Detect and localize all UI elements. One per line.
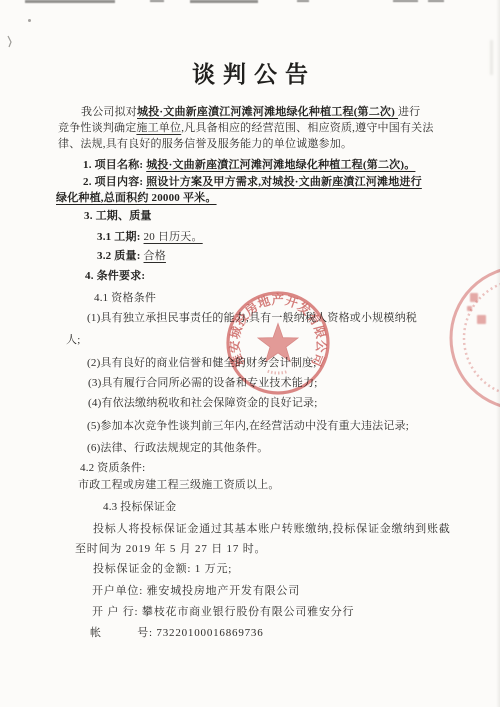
condition-line-1b: 人; bbox=[66, 333, 80, 347]
project-name-text: 城投·文曲新座濆江河滩河滩地绿化种植工程(第二次) bbox=[137, 106, 398, 118]
intro-lead-text: 我公司拟对 bbox=[81, 106, 137, 118]
quality-label: 3.2 质量: bbox=[97, 250, 141, 262]
project-name-value: 城投·文曲新座濆江河滩河滩地绿化种植工程(第二次)。 bbox=[146, 159, 415, 171]
quality-value: 合格 bbox=[144, 250, 166, 262]
scanned-document-page: 谈判公告 我公司拟对城投·文曲新座濆江河滩河滩地绿化种植工程(第二次) 进行 竞… bbox=[0, 0, 500, 707]
scan-smudge bbox=[25, 0, 115, 3]
seal-serial-marks bbox=[268, 371, 289, 373]
account-holder-row: 开户单位: 雅安城投房地产开发有限公司 bbox=[92, 584, 300, 598]
account-holder-value: 雅安城投房地产开发有限公司 bbox=[147, 585, 300, 597]
quality-line: 3.2 质量: 合格 bbox=[97, 249, 166, 263]
deposit-heading: 4.3 投标保证金 bbox=[103, 500, 176, 514]
duration-line: 3.1 工期: 20 日历天。 bbox=[97, 230, 203, 244]
qualification-heading: 4.1 资格条件 bbox=[94, 291, 156, 305]
condition-line-5: (5)参加本次竞争性谈判前三年内,在经营活动中没有重大违法记录; bbox=[87, 419, 409, 433]
account-number-label: 帐 号: bbox=[90, 626, 153, 640]
deposit-para-line-1: 投标人将投标保证金通过其基本账户转账缴纳,投标保证金缴纳到账截 bbox=[93, 522, 451, 536]
account-number-value: 73220100016869736 bbox=[156, 627, 263, 639]
deposit-amount: 投标保证金的金额: 1 万元; bbox=[93, 562, 232, 576]
duration-label: 3.1 工期: bbox=[97, 231, 141, 243]
intro-tail-text: 进行 bbox=[398, 106, 420, 118]
bank-label: 开 户 行: bbox=[92, 605, 138, 619]
condition-line-6: (6)法律、行政法规规定的其他条件。 bbox=[87, 441, 268, 455]
star-icon bbox=[258, 324, 298, 362]
bank-row: 开 户 行: 攀枝花市商业银行股份有限公司雅安分行 bbox=[92, 605, 354, 619]
grade-text: 市政工程或房建工程三级施工资质以上。 bbox=[78, 478, 280, 492]
pencil-mark bbox=[4, 34, 18, 50]
project-content-value-2: 绿化种植,总面积约 20000 平米。 bbox=[56, 192, 217, 204]
intro-line-3: 律、法规,具有良好的服务信誉及服务能力的单位诚邀参加。 bbox=[58, 137, 352, 151]
scan-smudge bbox=[393, 0, 418, 2]
bank-value: 攀枝花市商业银行股份有限公司雅安分行 bbox=[142, 606, 354, 618]
contractor-text: 施工单位 bbox=[136, 122, 181, 134]
intro-line2-lead: 竞争性谈判确定 bbox=[58, 122, 136, 134]
intro-line-1: 我公司拟对城投·文曲新座濆江河滩河滩地绿化种植工程(第二次) 进行 bbox=[81, 105, 420, 119]
project-content-value-1: 照设计方案及甲方需求,对城投·文曲新座濆江河滩地进行 bbox=[146, 176, 422, 188]
account-number-row: 帐 号: 73220100016869736 bbox=[90, 626, 264, 640]
deposit-para-line-2: 至时间为 2019 年 5 月 27 日 17 时。 bbox=[75, 542, 266, 556]
grade-heading: 4.2 资质条件: bbox=[80, 461, 145, 475]
account-holder-label: 开户单位: bbox=[92, 584, 143, 598]
scan-dot-mark bbox=[28, 19, 31, 22]
project-content-line-2: 绿化种植,总面积约 20000 平米。 bbox=[56, 191, 217, 205]
intro-line-2: 竞争性谈判确定施工单位,凡具备相应的经营范围、相应资质,遵守中国有关法 bbox=[58, 121, 434, 135]
section4-heading: 4. 条件要求: bbox=[85, 269, 145, 283]
intro-line2-tail: ,凡具备相应的经营范围、相应资质,遵守中国有关法 bbox=[181, 122, 433, 134]
scan-smudge bbox=[190, 0, 258, 3]
project-name-line: 1. 项目名称: 城投·文曲新座濆江河滩河滩地绿化种植工程(第二次)。 bbox=[83, 158, 415, 172]
section3-heading: 3. 工期、质量 bbox=[84, 209, 152, 223]
project-content-line-1: 2. 项目内容: 照设计方案及甲方需求,对城投·文曲新座濆江河滩地进行 bbox=[83, 175, 422, 189]
scan-smudge bbox=[150, 0, 164, 2]
project-content-label: 2. 项目内容: bbox=[83, 176, 143, 188]
partial-seal-glyphs bbox=[467, 293, 486, 324]
company-seal-stamp: 雅安城投房地产开发有限公司 bbox=[222, 287, 334, 399]
partial-seal-stamp bbox=[440, 265, 500, 410]
partial-seal-inner-marks bbox=[464, 280, 500, 396]
project-name-label: 1. 项目名称: bbox=[83, 159, 143, 171]
scan-smudge bbox=[428, 0, 444, 2]
duration-value: 20 日历天。 bbox=[144, 231, 203, 243]
scan-smudge bbox=[297, 0, 309, 2]
document-title: 谈判公告 bbox=[0, 56, 500, 89]
